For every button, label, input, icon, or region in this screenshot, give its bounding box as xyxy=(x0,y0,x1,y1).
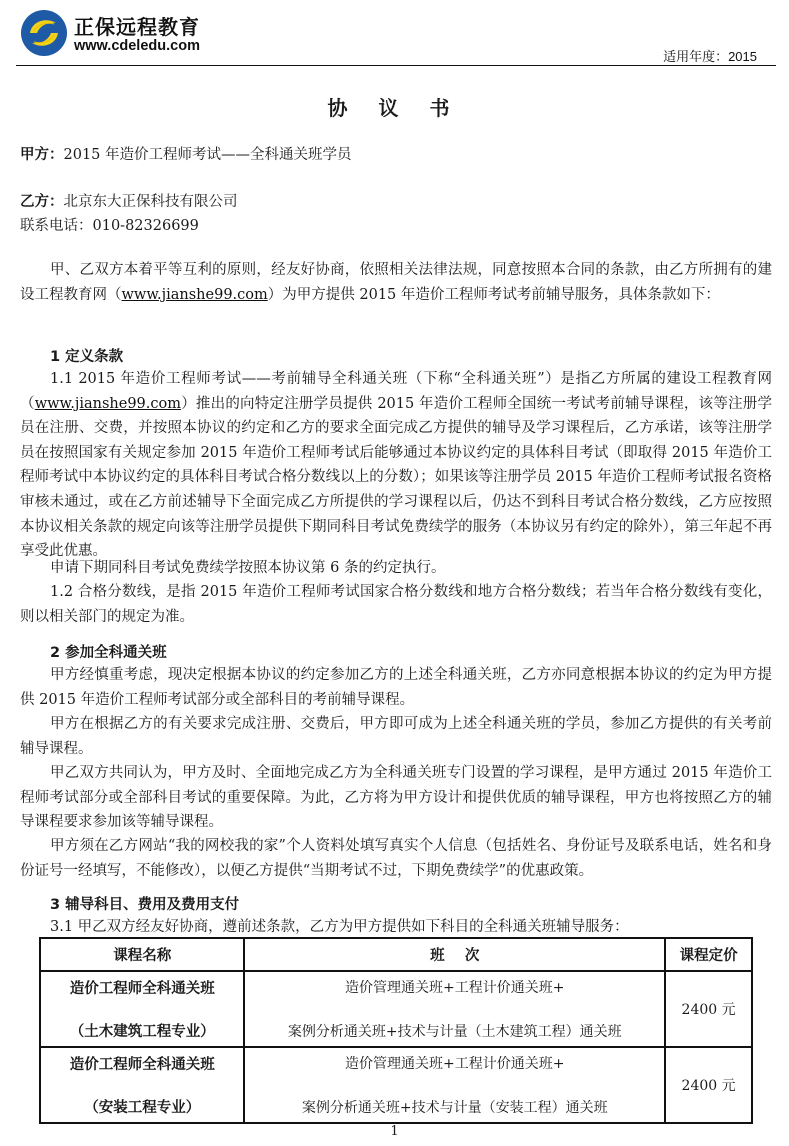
course-specialty: （安装工程专业） xyxy=(41,1096,243,1117)
class-cell: 造价管理通关班+工程计价通关班+ 案例分析通关班+技术与计量（安装工程）通关班 xyxy=(244,1047,665,1123)
party-b: 乙方：北京东大正保科技有限公司 xyxy=(20,190,238,211)
jianshe99-link[interactable]: www.jianshe99.com xyxy=(122,287,268,303)
header-price: 课程定价 xyxy=(665,938,752,971)
section-2-paragraph-4: 甲方须在乙方网站“我的网校我的家”个人资料处填写真实个人信息（包括姓名、身份证号… xyxy=(20,834,772,883)
class-line-1: 造价管理通关班+工程计价通关班+ xyxy=(245,977,664,997)
party-a-value: 2015 年造价工程师考试——全科通关班学员 xyxy=(64,147,352,163)
party-b-value: 北京东大正保科技有限公司 xyxy=(64,194,238,210)
class-line-1: 造价管理通关班+工程计价通关班+ xyxy=(245,1053,664,1073)
contact-label: 联系电话： xyxy=(20,218,93,234)
header-divider xyxy=(16,65,776,66)
applicable-year: 适用年度：2015 xyxy=(663,46,757,65)
document-title: 协 议 书 xyxy=(0,92,789,121)
party-a-label: 甲方： xyxy=(20,147,64,163)
section-1-heading: 1 定义条款 xyxy=(50,345,123,366)
header-course-name: 课程名称 xyxy=(40,938,244,971)
renewal-note: 申请下期同科目考试免费续学按照本协议第 6 条的约定执行。 xyxy=(20,556,772,581)
contact-value: 010-82326699 xyxy=(93,218,199,234)
section-2-paragraph-2: 甲方在根据乙方的有关要求完成注册、交费后，甲方即可成为上述全科通关班的学员，参加… xyxy=(20,712,772,761)
clause-1-1-text-2: ）推出的向特定注册学员提供 2015 年造价工程师全国统一考试考前辅导课程，该等… xyxy=(20,396,772,560)
header-class: 班 次 xyxy=(244,938,665,971)
section-2-paragraph-1: 甲方经慎重考虑，现决定根据本协议的约定参加乙方的上述全科通关班，乙方亦同意根据本… xyxy=(20,663,772,712)
course-name: 造价工程师全科通关班 xyxy=(41,977,243,998)
party-b-label: 乙方： xyxy=(20,194,64,210)
course-specialty: （土木建筑工程专业） xyxy=(41,1020,243,1041)
logo xyxy=(20,9,68,57)
brand-name: 正保远程教育 xyxy=(74,11,200,40)
intro-paragraph: 甲、乙双方本着平等互利的原则，经友好协商，依照相关法律法规，同意按照本合同的条款… xyxy=(20,258,772,307)
course-name: 造价工程师全科通关班 xyxy=(41,1053,243,1074)
section-2-paragraph-3: 甲乙双方共同认为，甲方及时、全面地完成乙方为全科通关班专门设置的学习课程，是甲方… xyxy=(20,761,772,835)
clause-3-1: 3.1 甲乙双方经友好协商，遵前述条款，乙方为甲方提供如下科目的全科通关班辅导服… xyxy=(50,915,629,936)
logo-icon xyxy=(20,9,68,57)
section-3-heading: 3 辅导科目、费用及费用支付 xyxy=(50,893,239,914)
party-a: 甲方：2015 年造价工程师考试——全科通关班学员 xyxy=(20,143,352,164)
class-cell: 造价管理通关班+工程计价通关班+ 案例分析通关班+技术与计量（土木建筑工程）通关… xyxy=(244,971,665,1047)
table-row: 造价工程师全科通关班 （土木建筑工程专业） 造价管理通关班+工程计价通关班+ 案… xyxy=(40,971,752,1047)
price-cell: 2400 元 xyxy=(665,1047,752,1123)
course-name-cell: 造价工程师全科通关班 （安装工程专业） xyxy=(40,1047,244,1123)
table-header-row: 课程名称 班 次 课程定价 xyxy=(40,938,752,971)
course-table: 课程名称 班 次 课程定价 造价工程师全科通关班 （土木建筑工程专业） 造价管理… xyxy=(39,937,753,1124)
contact-phone: 联系电话：010-82326699 xyxy=(20,214,199,235)
brand-url: www.cdeledu.com xyxy=(74,38,200,54)
intro-text-2: ）为甲方提供 2015 年造价工程师考试考前辅导服务，具体条款如下： xyxy=(268,287,720,303)
section-2-heading: 2 参加全科通关班 xyxy=(50,641,167,662)
course-name-cell: 造价工程师全科通关班 （土木建筑工程专业） xyxy=(40,971,244,1047)
clause-1-1: 1.1 2015 年造价工程师考试——考前辅导全科通关班（下称“全科通关班”）是… xyxy=(20,367,772,564)
page-number: 1 xyxy=(0,1124,789,1139)
class-line-2: 案例分析通关班+技术与计量（安装工程）通关班 xyxy=(245,1097,664,1117)
price-cell: 2400 元 xyxy=(665,971,752,1047)
jianshe99-link-2[interactable]: www.jianshe99.com xyxy=(35,396,181,412)
clause-1-2: 1.2 合格分数线，是指 2015 年造价工程师考试国家合格分数线和地方合格分数… xyxy=(20,580,772,629)
table-row: 造价工程师全科通关班 （安装工程专业） 造价管理通关班+工程计价通关班+ 案例分… xyxy=(40,1047,752,1123)
class-line-2: 案例分析通关班+技术与计量（土木建筑工程）通关班 xyxy=(245,1021,664,1041)
